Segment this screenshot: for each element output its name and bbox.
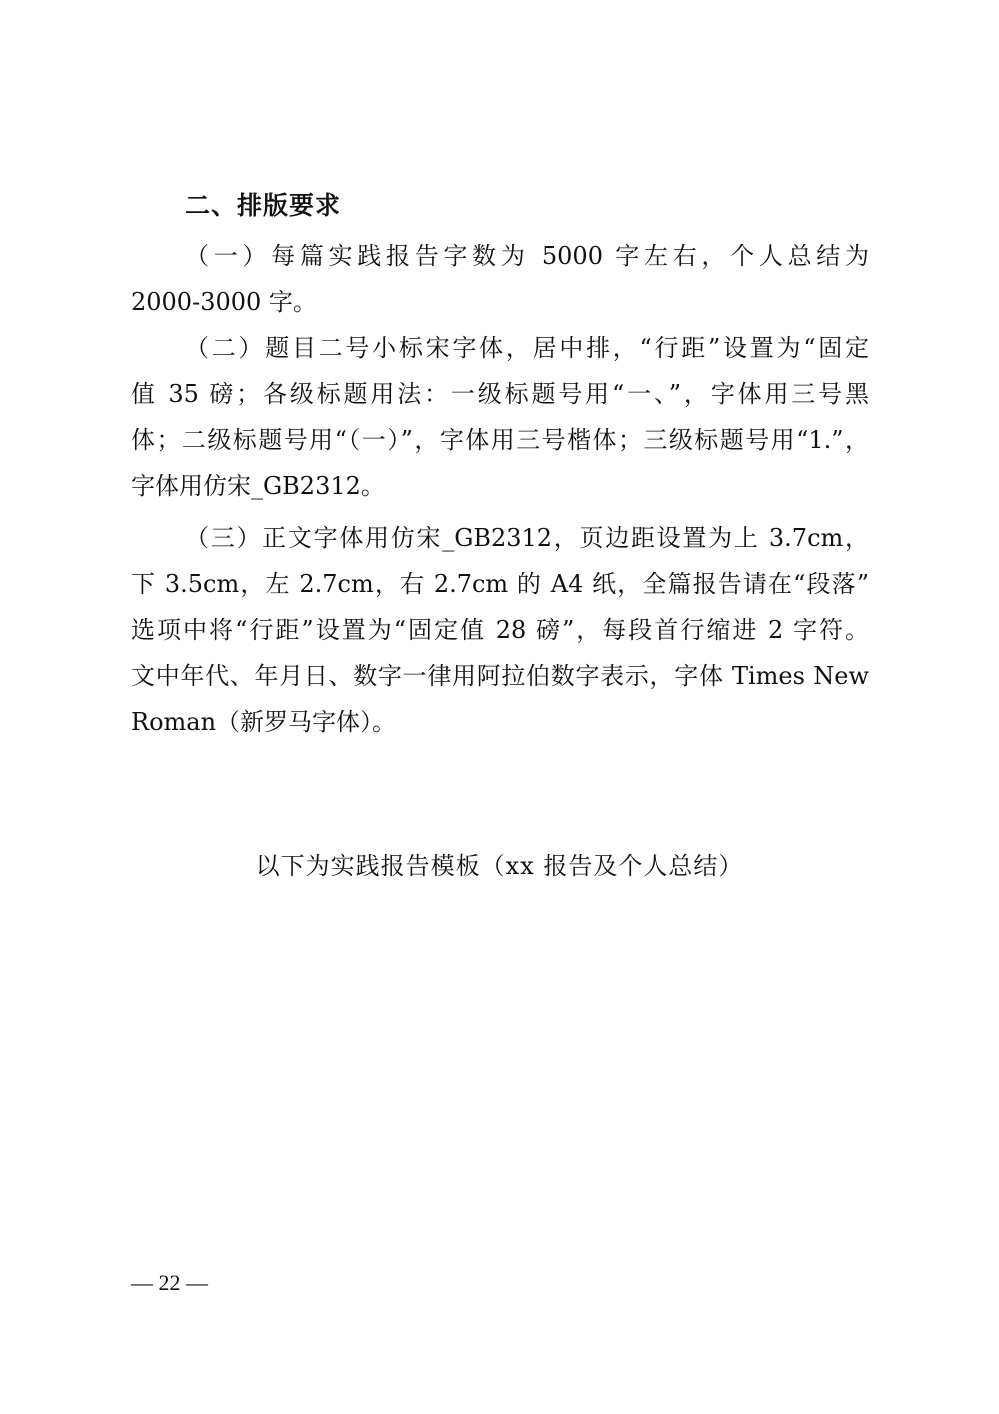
paragraph-line: 2000-3000 字。	[131, 282, 317, 322]
section-heading: 二、排版要求	[185, 186, 341, 226]
template-caption: 以下为实践报告模板（xx 报告及个人总结）	[0, 846, 999, 886]
paragraph-line: 值 35 磅；各级标题用法：一级标题号用“一、”，字体用三号黑	[131, 374, 869, 414]
paragraph-line: 下 3.5cm，左 2.7cm，右 2.7cm 的 A4 纸，全篇报告请在“段落…	[131, 564, 869, 604]
paragraph-line: 体；二级标题号用“（一）”，字体用三号楷体；三级标题号用“1.”，	[131, 420, 869, 460]
page-number: — 22 —	[131, 1267, 208, 1299]
paragraph-line: （三）正文字体用仿宋_GB2312，页边距设置为上 3.7cm，	[185, 518, 869, 558]
paragraph-line: 字体用仿宋_GB2312。	[131, 466, 385, 506]
paragraph-line: （二）题目二号小标宋字体，居中排，“行距”设置为“固定	[185, 328, 869, 368]
document-page: 二、排版要求 （一）每篇实践报告字数为 5000 字左右，个人总结为 2000-…	[0, 0, 999, 1414]
paragraph-line: Roman（新罗马字体）。	[131, 702, 396, 742]
paragraph-line: 文中年代、年月日、数字一律用阿拉伯数字表示，字体 Times New	[131, 656, 869, 696]
paragraph-line: （一）每篇实践报告字数为 5000 字左右，个人总结为	[185, 236, 869, 276]
paragraph-line: 选项中将“行距”设置为“固定值 28 磅”，每段首行缩进 2 字符。	[131, 610, 869, 650]
